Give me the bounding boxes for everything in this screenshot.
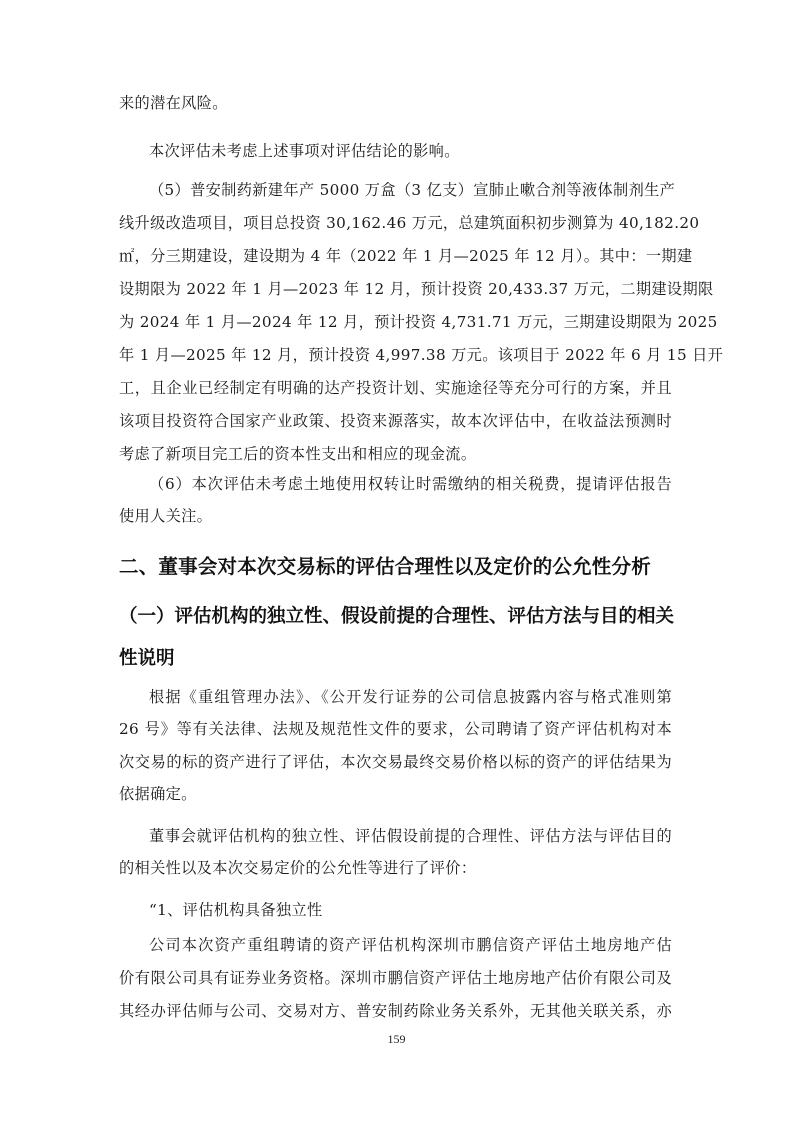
text-line: 根据《重组管理办法》、《公开发行证券的公司信息披露内容与格式准则第 xyxy=(149,687,672,707)
text-line: 为 2024 年 1 月—2024 年 12 月，预计投资 4,731.71 万… xyxy=(119,312,672,332)
paragraph-no-impact: 本次评估未考虑上述事项对评估结论的影响。 xyxy=(149,141,460,161)
text-line: 次交易的标的资产进行了评估，本次交易最终交易价格以标的资产的评估结果为 xyxy=(119,752,672,772)
text-line: 26 号》等有关法律、法规及规范性文件的要求，公司聘请了资产评估机构对本 xyxy=(119,719,672,739)
heading-line: 性说明 xyxy=(119,646,175,672)
text-line: 使用人关注。 xyxy=(119,506,212,526)
text-line: 公司本次资产重组聘请的资产评估机构深圳市鹏信资产评估土地房地产估 xyxy=(149,935,672,955)
text-line: ㎡，分三期建设，建设期为 4 年（2022 年 1 月—2025 年 12 月）… xyxy=(119,246,672,266)
text-line: 线升级改造项目，项目总投资 30,162.46 万元，总建筑面积初步测算为 40… xyxy=(119,213,672,233)
text-line: 该项目投资符合国家产业政策、投资来源落实，故本次评估中，在收益法预测时 xyxy=(119,411,672,431)
heading-line: （一）评估机构的独立性、假设前提的合理性、评估方法与目的相关 xyxy=(119,604,674,630)
text-line: 年 1 月—2025 年 12 月，预计投资 4,997.38 万元。该项目于 … xyxy=(119,345,672,365)
text-line: 价有限公司具有证券业务资格。深圳市鹏信资产评估土地房地产估价有限公司及 xyxy=(119,968,672,988)
page-number: 159 xyxy=(0,1032,793,1047)
section-heading-2: 二、董事会对本次交易标的评估合理性以及定价的公允性分析 xyxy=(119,554,651,580)
text-line: 依据确定。 xyxy=(119,784,197,804)
text-line: 董事会就评估机构的独立性、评估假设前提的合理性、评估方法与评估目的 xyxy=(149,826,672,846)
subsection-independence: “1、评估机构具备独立性 xyxy=(149,900,323,920)
text-line: 其经办评估师与公司、交易对方、普安制药除业务关系外，无其他关联关系，亦 xyxy=(119,1001,672,1021)
text-line: （6）本次评估未考虑土地使用权转让时需缴纳的相关税费，提请评估报告 xyxy=(149,474,672,494)
text-line: （5）普安制药新建年产 5000 万盒（3 亿支）宣肺止嗽合剂等液体制剂生产 xyxy=(149,180,672,200)
paragraph-continuation: 来的潜在风险。 xyxy=(119,93,228,113)
text-line: 设期限为 2022 年 1 月—2023 年 12 月，预计投资 20,433.… xyxy=(119,279,672,299)
text-line: 工，且企业已经制定有明确的达产投资计划、实施途径等充分可行的方案，并且 xyxy=(119,378,672,398)
text-line: 考虑了新项目完工后的资本性支出和相应的现金流。 xyxy=(119,444,476,464)
text-line: 的相关性以及本次交易定价的公允性等进行了评价： xyxy=(119,858,476,878)
